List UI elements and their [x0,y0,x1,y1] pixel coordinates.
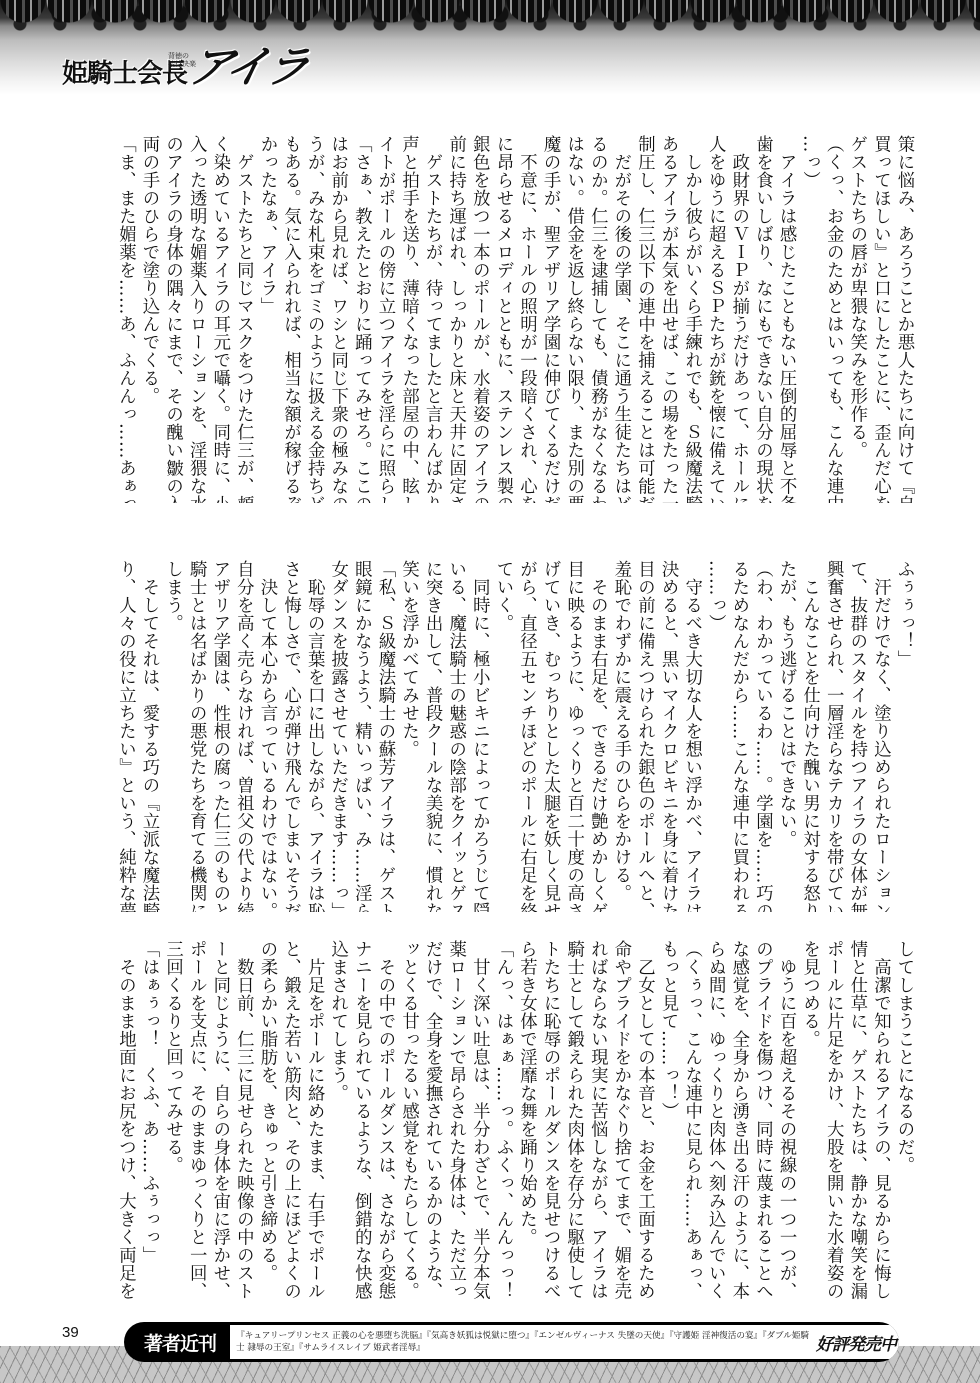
text-line: 興奮させられ、一層淫らなテカリを帯びていく。 [821,560,845,912]
lace-border-decoration [0,0,980,28]
text-line: な感覚を、全身から湧き出る汗のように、本人の知 [726,940,750,1300]
text-line: を見つめる。 [797,940,821,1300]
text-line: 汗だけでなく、塗り込められたローションによっ [868,560,892,912]
text-line: らぬ間に、ゆっくりと肉体へ刻み込んでいく。 [703,940,727,1300]
text-line: （くぅっ、こんな連中に見られ……あぁっ、お願い。 [679,940,703,1300]
text-line: るのか。仁三を逮捕しても、債務がなくなるわけで [585,135,609,503]
text-line: 「さぁ、教えたとおりに踊ってみせろ。ここの連中 [349,135,373,503]
text-line: はない。借金を返し終らない限り、また別の悪党の [561,135,585,503]
text-line: 同時に、極小ビキニによってかろうじて隠されて [467,560,491,912]
text-line: 片足をポールに絡めたまま、右手でポールを持つ [302,940,326,1300]
text-line: トたちに恥辱のポールダンスを見せつけるべく、う [538,940,562,1300]
text-line: さと悔しさで、心が弾け飛んでしまいそうだった。 [278,560,302,912]
text-line: はお前から見れば、ワシと同じ下衆の極みなのだろ [325,135,349,503]
text-line: 騎士として鍛えられた肉体を存分に駆使して、ゲス [561,940,585,1300]
text-line: 不意に、ホールの照明が一段暗くされ、心を淫靡 [514,135,538,503]
text-line: 甘く深い吐息は、半分わざとで、半分本気だ。媚 [467,940,491,1300]
text-line: 守るべき大切な人を想い浮かべ、アイラは覚悟を [679,560,703,912]
text-line: に昂らせるメロディとともに、ステンレス製の鈍い [490,135,514,503]
text-line: 魔の手が、聖アザリア学園に伸びてくるだけだ。 [538,135,562,503]
text-line: （わ、わかっているわ……。学園を……巧の夢を守 [750,560,774,912]
text-line: 恥辱の言葉を口に出しながら、アイラは恥ずかし [302,560,326,912]
text-line: その中でのポールダンスは、さながら変態的なオ [372,940,396,1300]
text-line: ゲストたちが、待ってましたと言わんばかりの歓 [420,135,444,503]
text-line: アイラは感じたこともない圧倒的屈辱と不条理に [773,135,797,503]
text-line: ればならない現実に苦悩しながら、アイラは一流の [585,940,609,1300]
text-line: ら若き女体で淫靡な舞を踊り始めた。 [514,940,538,1300]
text-line: 三回くるりと回ってみせる。 [160,940,184,1300]
text-line: 「んっ、はぁぁ……っ。ふくっ、んんっっ！」 [490,940,514,1300]
text-line: 込まされてしまう。 [325,940,349,1300]
text-line: 政財界のＶＩＰが揃うだけあって、ホールには十 [726,135,750,503]
text-line: かったなぁ、アイラ」 [254,135,278,503]
ad-label: 著者近刊 [124,1329,230,1356]
text-line: 前に持ち運ばれ、しっかりと床と天井に固定される。 [443,135,467,503]
text-line: こんなことを仕向けた醜い男に対する怒りが湧い [797,560,821,912]
text-line: のアイラの身体の隅々にまで、その醜い皺の入った [160,135,184,503]
page-number: 39 [62,1324,79,1341]
text-line: しまう。 [160,560,184,912]
text-line: もっと見て……っ！） [655,940,679,1300]
text-line: いる、魔法騎士の魅惑の陰部をクイッとゲストたち [443,560,467,912]
text-line: そのまま地面にお尻をつけ、大きく両足を百八十 [113,940,137,1300]
text-line: 情と仕草に、ゲストたちは、静かな嘲笑を漏らし、 [844,940,868,1300]
text-line: 目の前に備えつけられた銀色のポールへと、緊張と [632,560,656,912]
text-tier-bottom: してしまうことになるのだ。 高潔で知られるアイラの、見るからに悔しげな表情と仕草… [55,940,915,1300]
author-new-releases-banner: 著者近刊 『キュアリープリンセス 正義の心を悪堕ち洗脳』『気高き妖狐は悦獄に堕つ… [124,1322,899,1362]
text-line: 薬ローションで昂らされた身体は、ただ立っている [443,940,467,1300]
text-line: そしてそれは、愛する巧の『立派な魔法騎士にな [136,560,160,912]
text-line: 銀色を放つ一本のポールが、水着姿のアイラの目の [467,135,491,503]
text-line: 自分を高く売らなければ、曽祖父の代より続く、聖 [231,560,255,912]
text-line: 騎士とは名ばかりの悪党たちを育てる機関になって [184,560,208,912]
text-line: 笑いを浮かべてみせた。 [396,560,420,912]
text-line: と、鍛えた若い筋肉と、その上にほどよくのった女 [278,940,302,1300]
text-line: だけで、全身を愛撫されているかのような、キュン [420,940,444,1300]
text-line: 命やプライドをかなぐり捨ててまで、媚を売らなけ [608,940,632,1300]
text-line: ナニーを見られているような、倒錯的な快感を覚え [349,940,373,1300]
text-line: 目に映るように、ゆっくりと百二十度の高さまで上 [561,560,585,912]
text-line: 女ダンスを披露させていただきます……っ」 [325,560,349,912]
text-line: 人をゆうに超えるＳＰたちが銃を懐に備えている。 [703,135,727,503]
text-line: たが、もう逃げることはできない。 [773,560,797,912]
text-line: 策に悩み、あろうことか悪人たちに向けて『自分を [891,135,915,503]
text-line: ゆうに百を超えるその視線の一つ一つが、アイラ [773,940,797,1300]
text-line: …っ） [797,135,821,503]
text-line: 買ってほしい』と口にしたことに、歪んだ心を持つ [868,135,892,503]
text-line: ポールに片足をかけ、大股を開いた水着姿の女騎士 [821,940,845,1300]
text-line: 決して本心から言っているわけではない。けれど [254,560,278,912]
text-line: イトがポールの傍に立つアイラを淫らに照らし出す。 [372,135,396,503]
text-line: しかし彼らがいくら手練れでも、Ｓ級魔法騎士で [679,135,703,503]
text-line: 歯を食いしばり、なにもできない自分の現状を嘆く。 [750,135,774,503]
text-line: 高潔で知られるアイラの、見るからに悔しげな表 [868,940,892,1300]
text-line: ーと同じように、自らの身体を宙に浮かせ、握った [207,940,231,1300]
text-line: あるアイラが本気を出せば、この場をたった一人で [655,135,679,503]
text-line: 「ま、また媚薬を……あ、ふんんっ……あぁっ。く、 [113,135,137,503]
on-sale-badge: 好評発売中！ [816,1330,899,1355]
text-line: 眼鏡にかなうよう、精いっぱい、み……淫らな牝淑 [349,560,373,912]
text-line: の柔らかい脂肪を、きゅっと引き締める。 [254,940,278,1300]
text-line: に突き出して、普段クールな美貌に、慣れない愛想 [420,560,444,912]
text-line: がら、直径五センチほどのポールに右足を絡みつけ [514,560,538,912]
text-line: 入った透明な媚薬入りローションを、淫猥な水着姿 [184,135,208,503]
text-line: ポールを支点に、そのままゆっくりと一回、二回、 [184,940,208,1300]
logo-subtitle-line2: 接待快楽 [168,60,228,68]
text-line: り、人々の役に立ちたい』という、純粋な夢をも壊 [113,560,137,912]
text-line: く染めているアイラの耳元で囁く。同時に、小瓶に [207,135,231,503]
text-line: 両の手のひらで塗り込んでくる。 [136,135,160,503]
text-line: ゲストたちの唇が卑猥な笑みを形作る。 [844,135,868,503]
logo-subtitle: 背徳の 接待快楽 [168,52,228,68]
text-line: 数日前、仁三に見せられた映像の中のストリッパ [231,940,255,1300]
text-line: のプライドを傷つけ、同時に蔑まれることへの異様 [750,940,774,1300]
text-line: アザリア学園は、性根の腐った仁三のものとなり [207,560,231,912]
text-line: ふぅぅっ！」 [891,560,915,912]
text-line: ゲストたちと同じマスクをつけた仁三が、頬を紅 [231,135,255,503]
text-line: 声と拍手を送り、薄暗くなった部屋の中、眩しいラ [396,135,420,503]
text-line: だがその後の学園、そこに通う生徒たちはどうな [608,135,632,503]
text-tier-top: 策に悩み、あろうことか悪人たちに向けて『自分を買ってほしい』と口にしたことに、歪… [55,135,915,503]
ad-title-list: 『キュアリープリンセス 正義の心を悪堕ち洗脳』『気高き妖狐は悦獄に堕つ』『エンゼ… [230,1330,816,1354]
text-line: るためなんだから……こんな連中に買われるくらい [726,560,750,912]
logo-subtitle-line1: 背徳の [168,52,228,60]
text-line: ……っ） [703,560,727,912]
text-line: ていく。 [490,560,514,912]
text-line: ッとくる甘ったるい感覚をもたらしてくる。 [396,940,420,1300]
ad-body: 『キュアリープリンセス 正義の心を悪堕ち洗脳』『気高き妖狐は悦獄に堕つ』『エンゼ… [230,1325,899,1359]
text-line: 決めると、黒いマイクロビキニを身に着けたまま [655,560,679,912]
text-line: て、抜群のスタイルを持つアイラの女体が無理やり [844,560,868,912]
text-line: （くっ、お金のためとはいっても、こんな連中に… [821,135,845,503]
text-line: 羞恥でわずかに震える手のひらをかける。 [608,560,632,912]
text-line: もある。気に入られれば、相当な額が稼げるぞ、よ [278,135,302,503]
text-line: 制圧し、仁三以下の連中を捕えることは可能だろう。 [632,135,656,503]
text-line: してしまうことになるのだ。 [891,940,915,1300]
text-line: 「はぁぅっ！ くふ、あ……ふぅっっ」 [136,940,160,1300]
text-tier-middle: ふぅぅっ！」 汗だけでなく、塗り込められたローションによって、抜群のスタイルを持… [55,560,915,912]
text-line: そのまま右足を、できるだけ艶めかしくゲストの [585,560,609,912]
text-line: うが、みな札束をゴミのように扱える金持ちどもで [302,135,326,503]
text-line: 「私、Ｓ級魔法騎士の蘇芳アイラは、ゲスト様のお [372,560,396,912]
text-line: 乙女としての本音と、お金を工面するために、使 [632,940,656,1300]
text-line: げていき、むっちりとした太腿を妖しく見せつけな [538,560,562,912]
